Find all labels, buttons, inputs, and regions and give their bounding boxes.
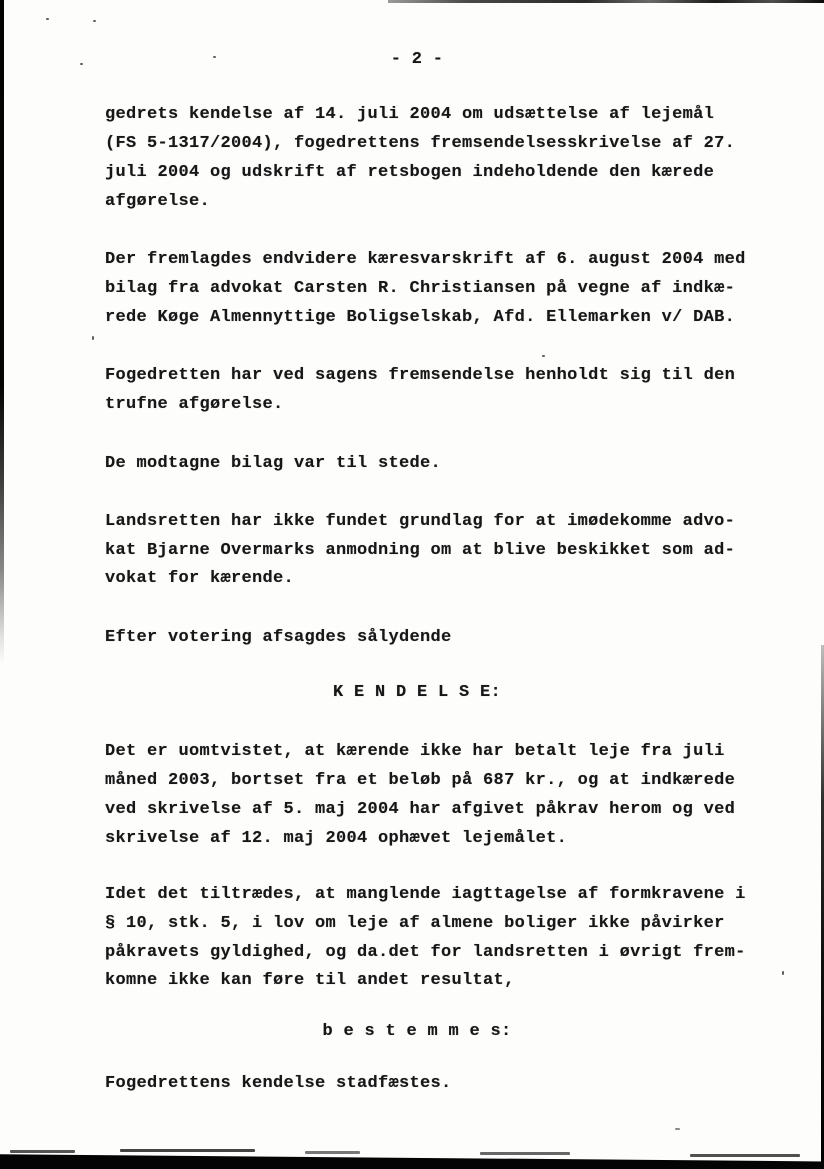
doc-line: Idet det tiltrædes, at manglende iagttag… <box>105 880 746 909</box>
page-number: - 2 - <box>0 45 824 74</box>
doc-line: trufne afgørelse. <box>105 390 284 419</box>
doc-line: kat Bjarne Overmarks anmodning om at bli… <box>105 536 735 565</box>
doc-line: Fogedretten har ved sagens fremsendelse … <box>105 361 735 390</box>
scan-speck <box>46 18 49 20</box>
doc-line: afgørelse. <box>105 187 210 216</box>
doc-line: måned 2003, bortset fra et beløb på 687 … <box>105 766 735 795</box>
heading-bestemmes: b e s t e m m e s: <box>0 1017 824 1046</box>
doc-line: skrivelse af 12. maj 2004 ophævet lejemå… <box>105 824 567 853</box>
doc-line: Det er uomtvistet, at kærende ikke har b… <box>105 737 725 766</box>
scan-smudge <box>690 1154 800 1157</box>
doc-line: (FS 5-1317/2004), fogedrettens fremsende… <box>105 129 735 158</box>
scan-speck <box>92 336 94 340</box>
doc-line: påkravets gyldighed, og da.det for lands… <box>105 938 746 967</box>
scan-speck <box>782 971 784 975</box>
scan-smudge <box>480 1152 570 1155</box>
doc-line: § 10, stk. 5, i lov om leje af almene bo… <box>105 909 725 938</box>
doc-line: ved skrivelse af 5. maj 2004 har afgivet… <box>105 795 735 824</box>
scanned-document-page: - 2 - gedrets kendelse af 14. juli 2004 … <box>0 0 824 1169</box>
doc-line: juli 2004 og udskrift af retsbogen indeh… <box>105 158 714 187</box>
doc-line: vokat for kærende. <box>105 564 294 593</box>
scan-smudge <box>10 1150 75 1153</box>
doc-line: Efter votering afsagdes sålydende <box>105 623 452 652</box>
scan-artifact-top-edge <box>388 0 824 3</box>
doc-line: Landsretten har ikke fundet grundlag for… <box>105 507 735 536</box>
scan-speck <box>542 355 545 357</box>
doc-line: rede Køge Almennyttige Boligselskab, Afd… <box>105 303 735 332</box>
scan-smudge <box>120 1149 255 1152</box>
doc-line: bilag fra advokat Carsten R. Christianse… <box>105 274 735 303</box>
scan-speck <box>93 20 96 22</box>
doc-line: Der fremlagdes endvidere kæresvarskrift … <box>105 245 746 274</box>
scan-smudge <box>305 1151 360 1154</box>
doc-line: De modtagne bilag var til stede. <box>105 449 441 478</box>
scan-speck <box>675 1128 680 1130</box>
doc-line: komne ikke kan føre til andet resultat, <box>105 966 515 995</box>
doc-line: Fogedrettens kendelse stadfæstes. <box>105 1069 452 1098</box>
heading-kendelse: K E N D E L S E: <box>0 678 824 707</box>
doc-line: gedrets kendelse af 14. juli 2004 om uds… <box>105 100 714 129</box>
scan-artifact-left-edge <box>0 0 4 665</box>
